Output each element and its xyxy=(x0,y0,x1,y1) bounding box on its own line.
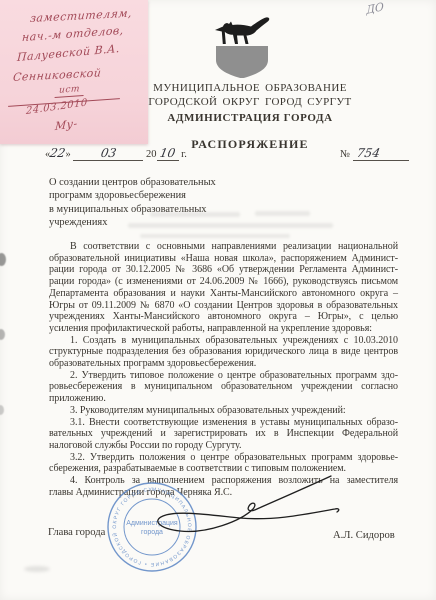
date-quote-close: » xyxy=(66,149,71,160)
body-text: В соответствии с основными направлениями… xyxy=(49,241,398,498)
pink-sticky-note: заместителям,нач.-м отделов,Палуевской В… xyxy=(0,0,148,144)
scan-artifact xyxy=(0,329,5,340)
corner-pencil-mark: ДО xyxy=(366,0,384,17)
bleed-through xyxy=(255,211,310,216)
handwritten-note-line: нач.-м отделов, xyxy=(22,24,125,44)
body-line: 3.2. Утвердить положения о центре образо… xyxy=(49,452,398,464)
date-day-handwritten: 22 xyxy=(49,146,67,160)
handwritten-note-line: Му- xyxy=(55,117,79,133)
body-line: учреждениях Ханты-Мансийского автономног… xyxy=(49,311,398,323)
body-line: рации города от 30.12.2005 № 3686 «Об ут… xyxy=(49,264,398,276)
scan-artifact xyxy=(0,253,6,266)
surgut-coat-of-arms xyxy=(212,16,272,78)
body-line: образовательной инициативы «Наша новая ш… xyxy=(49,253,398,265)
date-field: «22» 03 2010 г. xyxy=(45,146,187,161)
date-century: 20 xyxy=(146,149,157,160)
signer-title: Глава города xyxy=(48,527,105,538)
body-line: структурные подразделения без образовани… xyxy=(49,346,398,358)
bleed-through xyxy=(150,212,240,217)
number-field: № 754 xyxy=(340,146,409,161)
body-line: 3. Руководителям муниципальных образоват… xyxy=(49,405,398,417)
number-handwritten: 754 xyxy=(355,146,380,160)
body-line: В соответствии с основными направлениями… xyxy=(49,241,398,253)
subject-line: программ здоровьесбережения xyxy=(49,189,279,202)
body-line: 3.1. Внести соответствующие изменения в … xyxy=(49,417,398,429)
bleed-through xyxy=(128,223,333,228)
date-year-handwritten: 10 xyxy=(159,146,177,160)
scan-artifact xyxy=(0,405,4,415)
body-line: ровьесбережения в муниципальном образова… xyxy=(49,381,398,393)
date-suffix: г. xyxy=(181,149,187,160)
body-line: усиления профилактической работы, направ… xyxy=(49,323,398,335)
body-line: приложению. xyxy=(49,393,398,405)
body-line: Югры от 09.11.2009 № 6870 «О создании Це… xyxy=(49,300,398,312)
date-month-handwritten: 03 xyxy=(100,146,118,160)
body-line: 1. Создать в муниципальных образовательн… xyxy=(49,335,398,347)
fox-shield-icon xyxy=(212,16,272,78)
subject-block: О создании центров образовательныхпрогра… xyxy=(49,176,279,230)
body-line: 2. Утвердить типовое положение о центре … xyxy=(49,370,398,382)
handwritten-note-line: Сенниковской xyxy=(12,66,102,84)
body-line: образовательных программ здоровьесбереже… xyxy=(49,358,398,370)
signature-stroke xyxy=(135,468,350,548)
body-line: Департамента образования и науки Ханты-М… xyxy=(49,288,398,300)
subject-line: О создании центров образовательных xyxy=(49,176,279,189)
bleed-through xyxy=(140,234,290,238)
body-line: рации города» (с изменениями от 24.06.20… xyxy=(49,276,398,288)
handwritten-note-line: заместителям, xyxy=(29,7,132,25)
scan-artifact xyxy=(24,566,50,572)
body-line: налоговой службы России по городу Сургут… xyxy=(49,440,398,452)
handwritten-note-line: Палуевской В.А. xyxy=(17,42,121,64)
body-line: вательных учреждений и зарегистрировать … xyxy=(49,428,398,440)
document-page: МУНИЦИПАЛЬНОЕ ОБРАЗОВАНИЕ ГОРОДСКОЙ ОКРУ… xyxy=(0,0,436,600)
number-label: № xyxy=(340,149,350,160)
handwritten-note-line: ист xyxy=(55,84,85,98)
